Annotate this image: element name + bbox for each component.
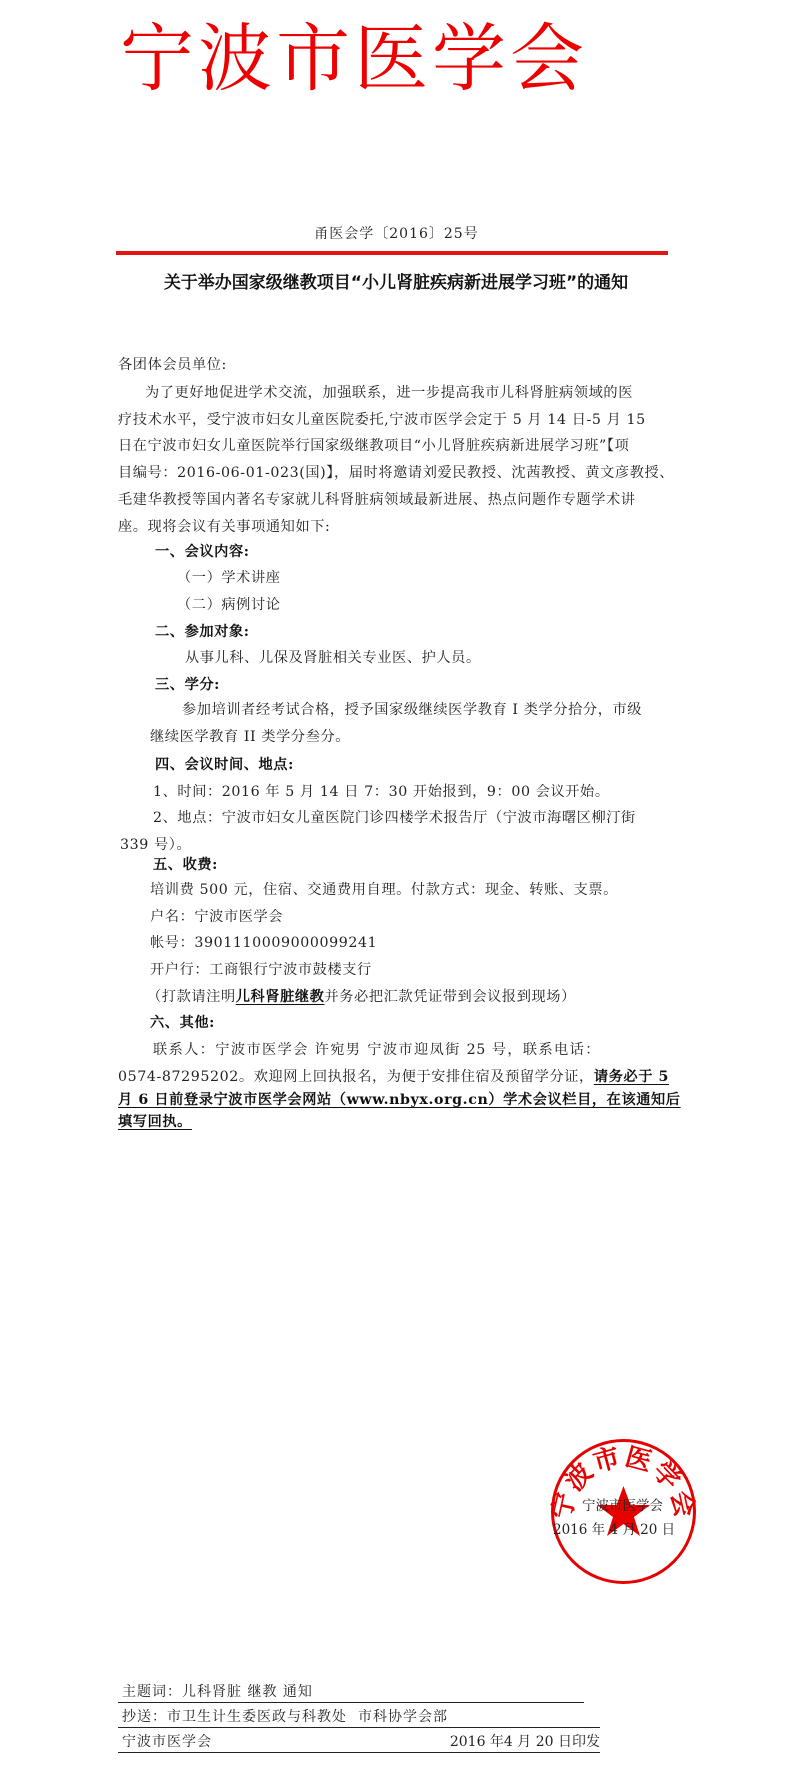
footer-rule-3 (118, 1752, 600, 1753)
salutation: 各团体会员单位: (118, 355, 227, 375)
signature-org: 宁波市医学会 (582, 1497, 663, 1515)
contact-line-1: 联系人：宁波市医学会 许宛男 宁波市迎凤街 25 号，联系电话： (153, 1040, 600, 1060)
footer-rule-2 (118, 1727, 600, 1728)
intro-line-4: 目编号：2016-06-01-023(国)】，届时将邀请刘爱民教授、沈茜教授、黄… (118, 463, 600, 483)
footer-issue-date: 2016 年4 月 20 日印发 (450, 1732, 600, 1752)
section-4-time: 1、时间：2016 年 5 月 14 日 7：30 开始报到，9：00 会议开始… (153, 782, 610, 802)
footer-cc-extra: 市科协学会部 (358, 1707, 448, 1727)
payment-note-suffix: 并务必把汇款凭证带到会议报到现场） (324, 989, 575, 1005)
header-red-rule (116, 251, 668, 255)
contact-line-2-text: 0574-87295202。欢迎网上回执报名，为便于安排住宿及预留学分证， (118, 1069, 594, 1085)
intro-line-5: 毛建华教授等国内著名专家就儿科肾脏病领域最新进展、热点问题作专题学术讲 (118, 490, 600, 510)
footer-rule-1 (118, 1702, 584, 1703)
notice-title: 关于举办国家级继教项目“小儿肾脏疾病新进展学习班”的通知 (118, 270, 674, 296)
section-2-heading: 二、参加对象: (155, 622, 250, 642)
intro-line-1: 为了更好地促进学术交流，加强联系，进一步提高我市儿科肾脏病领域的医 (145, 383, 600, 403)
intro-line-6: 座。现将会议有关事项通知如下: (118, 517, 330, 537)
section-3-line-2: 继续医学教育 II 类学分叁分。 (150, 727, 350, 747)
contact-line-4: 填写回执。 (118, 1112, 192, 1132)
payment-note: （打款请注明儿科肾脏继教并务必把汇款凭证带到会议报到现场） (147, 987, 576, 1007)
contact-line-2: 0574-87295202。欢迎网上回执报名，为便于安排住宿及预留学分证，请务必… (118, 1067, 669, 1087)
section-3-heading: 三、学分: (155, 675, 220, 695)
document-number: 甬医会学〔2016〕25号 (0, 224, 793, 244)
footer-keywords: 主题词：儿科肾脏 继教 通知 (122, 1682, 313, 1702)
section-1-item-1: （一）学术讲座 (177, 568, 281, 588)
fee-text: 培训费 500 元，住宿、交通费用自理。付款方式：现金、转账、支票。 (150, 880, 618, 900)
intro-line-3: 日在宁波市妇女儿童医院举行国家级继教项目“小儿肾脏疾病新进展学习班”【项 (118, 436, 600, 456)
section-6-heading: 六、其他: (150, 1013, 215, 1033)
section-3-line-1: 参加培训者经考试合格，授予国家级继续医学教育 I 类学分拾分，市级 (182, 700, 600, 720)
masthead-org-name: 宁波市医学会 (118, 14, 590, 104)
contact-line-2-emphasis: 请务必于 5 (594, 1069, 669, 1085)
section-1-item-2: （二）病例讨论 (177, 595, 281, 615)
intro-line-2: 疗技术水平，受宁波市妇女儿童医院委托,宁波市医学会定于 5 月 14 日-5 月… (118, 410, 600, 430)
signature-date: 2016 年 4 月 20 日 (553, 1521, 675, 1539)
bank-name: 开户行：工商银行宁波市鼓楼支行 (150, 960, 372, 980)
footer-issuer: 宁波市医学会 (122, 1732, 212, 1752)
section-4-heading: 四、会议时间、地点: (155, 755, 294, 775)
payment-note-keyword: 儿科肾脏继教 (236, 989, 325, 1005)
section-2-text: 从事儿科、儿保及肾脏相关专业医、护人员。 (185, 648, 481, 668)
section-1-heading: 一、会议内容: (155, 542, 250, 562)
account-number: 帐号：3901110009000099241 (150, 933, 377, 953)
payment-note-prefix: （打款请注明 (147, 989, 236, 1005)
footer-cc: 抄送：市卫生计生委医政与科教处 (122, 1707, 347, 1727)
section-5-heading: 五、收费: (153, 855, 218, 875)
section-4-place-line-1: 2、地点：宁波市妇女儿童医院门诊四楼学术报告厅（宁波市海曙区柳汀街 (153, 808, 600, 828)
section-4-place-line-2: 339 号）。 (120, 835, 191, 855)
account-name: 户名：宁波市医学会 (150, 907, 283, 927)
contact-line-3: 月 6 日前登录宁波市医学会网站（www.nbyx.org.cn）学术会议栏目，… (118, 1090, 600, 1110)
